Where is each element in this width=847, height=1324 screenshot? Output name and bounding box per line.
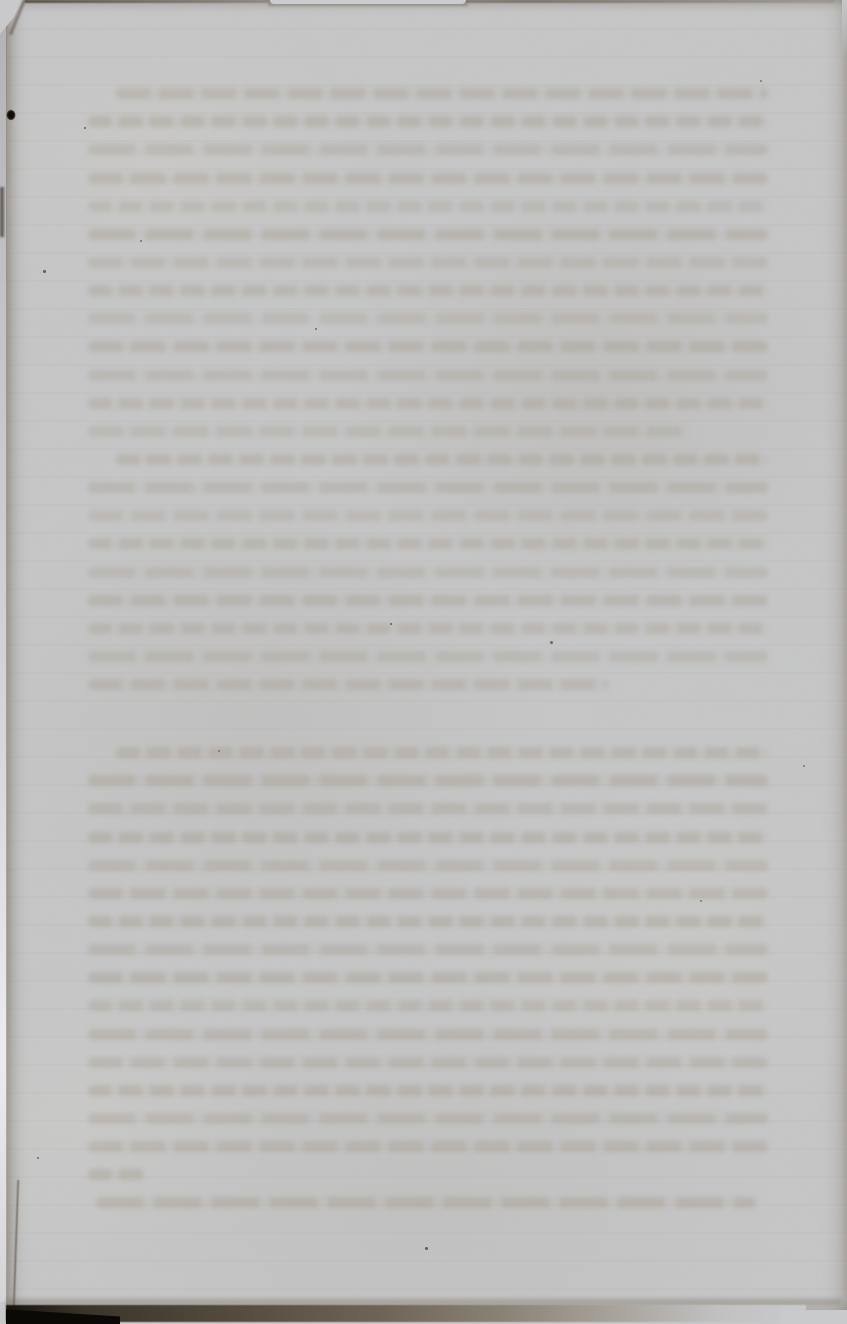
paper-speck <box>390 623 392 625</box>
scanner-gap-top-right <box>842 0 847 58</box>
scanner-gap-bottom-right <box>780 1310 847 1324</box>
scanner-gap-top <box>270 0 466 4</box>
paper-speck <box>315 328 317 330</box>
paper-speck <box>43 270 46 273</box>
scan-canvas <box>0 0 847 1324</box>
paper-speck <box>37 1157 39 1159</box>
page-edge-dark-mark <box>0 187 4 237</box>
paper-speck <box>140 240 142 242</box>
scanned-page <box>6 0 847 1312</box>
paper-speck <box>425 1247 428 1250</box>
ink-blot <box>5 108 17 122</box>
paper-speck <box>760 80 762 82</box>
paper-speck <box>803 765 805 767</box>
paper-speck <box>84 127 86 129</box>
page-bottom-edge <box>6 1305 806 1322</box>
paper-speck <box>550 641 553 644</box>
paper-specks <box>6 0 847 1312</box>
paper-speck <box>218 750 220 752</box>
paper-speck <box>700 900 702 902</box>
